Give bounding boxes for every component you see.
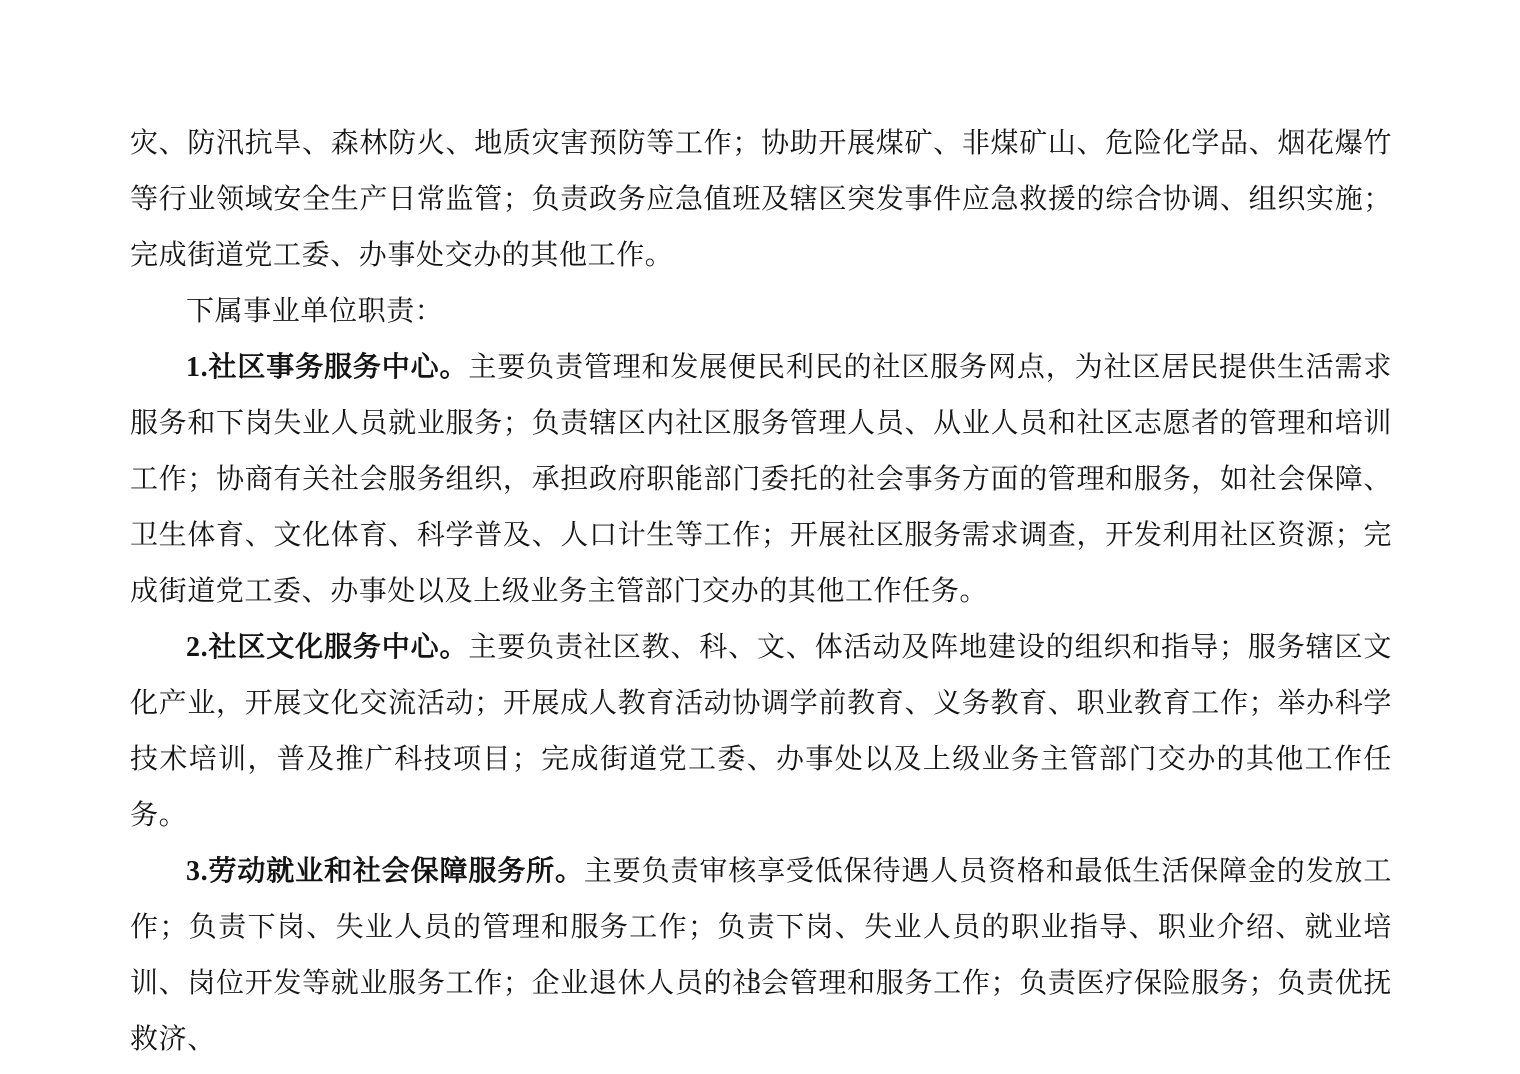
page-footer: - 3 - <box>0 966 1520 997</box>
paragraph-labor-social-security-office: 3.劳动就业和社会保障服务所。主要负责审核享受低保待遇人员资格和最低生活保障金的… <box>130 844 1392 1068</box>
document-body: 灾、防汛抗旱、森林防火、地质灾害预防等工作；协助开展煤矿、非煤矿山、危险化学品、… <box>130 116 1392 1068</box>
document-page: 灾、防汛抗旱、森林防火、地质灾害预防等工作；协助开展煤矿、非煤矿山、危险化学品、… <box>0 0 1520 1074</box>
paragraph-lead-community-affairs-center: 1.社区事务服务中心。 <box>186 352 468 383</box>
paragraph-lead-community-culture-center: 2.社区文化服务中心。 <box>186 632 468 663</box>
paragraph-subordinate-units-heading: 下属事业单位职责： <box>130 284 1392 340</box>
page-number: - 3 - <box>708 966 813 996</box>
paragraph-body-community-affairs-center: 主要负责管理和发展便民利民的社区服务网点，为社区居民提供生活需求服务和下岗失业人… <box>130 352 1392 607</box>
paragraph-continuation: 灾、防汛抗旱、森林防火、地质灾害预防等工作；协助开展煤矿、非煤矿山、危险化学品、… <box>130 116 1392 284</box>
paragraph-community-affairs-center: 1.社区事务服务中心。主要负责管理和发展便民利民的社区服务网点，为社区居民提供生… <box>130 340 1392 620</box>
paragraph-community-culture-center: 2.社区文化服务中心。主要负责社区教、科、文、体活动及阵地建设的组织和指导；服务… <box>130 620 1392 844</box>
paragraph-lead-labor-social-security-office: 3.劳动就业和社会保障服务所。 <box>186 856 584 887</box>
